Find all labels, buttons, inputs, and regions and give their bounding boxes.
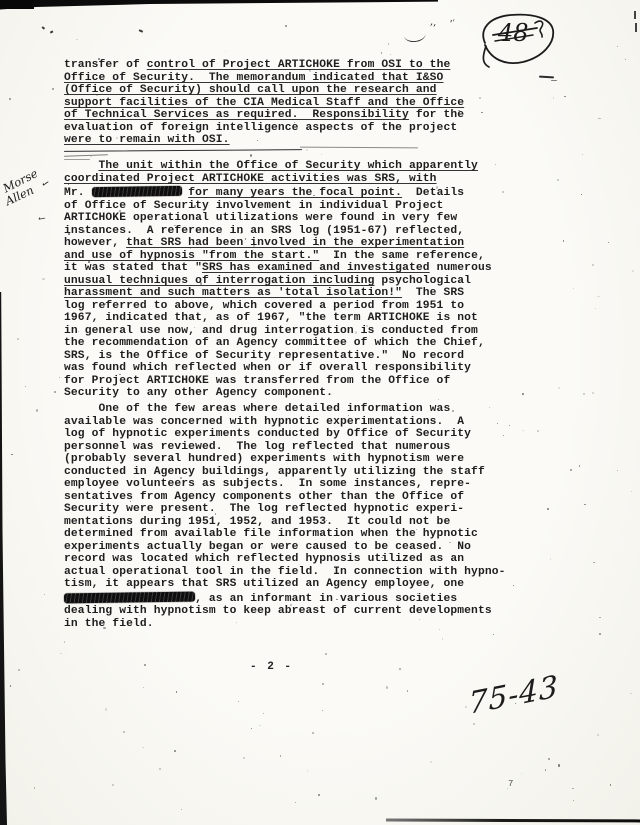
pen-speck	[139, 29, 143, 32]
scan-speck	[90, 156, 91, 158]
scan-speck	[285, 25, 287, 27]
typed-text: log referred to above, which covered a p…	[64, 300, 464, 312]
scan-speck	[502, 191, 504, 193]
scan-speck	[599, 617, 601, 619]
underlined-text: for many years the focal point.	[188, 187, 402, 199]
scan-speck	[322, 683, 324, 685]
scan-speck	[598, 118, 600, 120]
scan-speck	[548, 758, 550, 760]
scan-speck	[259, 725, 260, 726]
scan-speck	[632, 270, 634, 272]
paragraph-srs-unit: The unit within the Office of Security w…	[64, 160, 492, 400]
scan-speck	[407, 690, 408, 692]
pen-underline-stroke	[300, 147, 418, 149]
scan-speck	[295, 802, 296, 803]
document-line: tism, it appears that SRS utilized an Ag…	[64, 578, 506, 591]
typed-text: transfer of	[64, 59, 147, 71]
scan-speck	[495, 164, 496, 165]
typed-text: it was stated that "	[64, 262, 202, 274]
document-line: Security were present. The log reflected…	[64, 503, 506, 516]
pen-dash-mark	[551, 80, 557, 81]
scan-speck	[631, 491, 632, 492]
scan-speck	[579, 465, 580, 466]
circled-handwritten-annotation: 48	[471, 5, 561, 73]
document-line: employee volunteers as subjects. In some…	[64, 478, 506, 491]
scan-speck	[572, 788, 574, 789]
scan-speck	[280, 755, 282, 756]
scan-speck	[592, 392, 594, 394]
typed-text: Mr.	[64, 187, 92, 199]
scan-speck	[430, 761, 432, 763]
document-line: Security to any other Agency component.	[64, 387, 492, 400]
document-line: conducted in Agency buildings, apparentl…	[64, 466, 506, 479]
scan-speck	[159, 768, 161, 770]
scan-speck	[473, 723, 475, 725]
typed-text: of Office of Security involvement in ind…	[64, 200, 443, 212]
typed-text: instances. A reference in an SRS log (19…	[64, 225, 464, 237]
scan-artifact-top-band	[0, 0, 438, 10]
scan-artifact-tick	[634, 11, 636, 19]
document-line: record was located which reflected hypno…	[64, 553, 506, 566]
document-line: available was concerned with hypnotic ex…	[64, 416, 506, 429]
scan-speck	[593, 562, 594, 563]
scan-speck	[59, 377, 60, 378]
scan-speck	[250, 154, 252, 157]
pen-swoosh-mark	[404, 32, 427, 43]
scan-speck	[322, 710, 323, 711]
scan-speck	[522, 393, 524, 395]
scanned-document-page: transfer of control of Project ARTICHOKE…	[0, 0, 640, 825]
scan-speck	[595, 308, 597, 310]
typed-text: for Project ARTICHOKE was transferred fr…	[64, 375, 450, 387]
document-line: personnel was reviewed. The log reflecte…	[64, 441, 506, 454]
scan-speck	[388, 43, 389, 45]
scan-speck	[9, 98, 11, 100]
document-line: in the field.	[64, 618, 506, 631]
underlined-text: support facilities of the CIA Medical St…	[64, 97, 464, 109]
scan-speck	[537, 430, 539, 432]
scan-speck	[545, 769, 546, 771]
pen-speck	[42, 26, 45, 29]
handwritten-page-ref: 75-43	[469, 669, 559, 722]
document-line: for Project ARTICHOKE was transferred fr…	[64, 375, 492, 388]
document-line: support facilities of the CIA Medical St…	[64, 97, 464, 110]
document-line: dealing with hypnotism to keep abreast o…	[64, 605, 506, 618]
document-line: SRS, is the Office of Security represent…	[64, 350, 492, 363]
pen-tick-marks: ’’	[428, 22, 437, 34]
underlined-text: harassment and such matters as 'total is…	[64, 287, 402, 299]
document-line: and use of hypnosis "from the start." In…	[64, 250, 492, 263]
scan-speck	[42, 278, 44, 280]
scan-speck	[522, 430, 524, 431]
scan-speck	[386, 686, 388, 688]
scan-speck	[225, 51, 226, 52]
scan-speck	[509, 425, 510, 426]
checkmark-annotation: ✓	[40, 176, 51, 191]
document-line: Office of Security. The memorandum indic…	[64, 72, 464, 85]
typed-text: Security to any other Agency component.	[64, 387, 333, 399]
typed-text: psychological	[374, 275, 471, 287]
scan-speck	[325, 653, 327, 655]
scan-speck	[584, 504, 586, 505]
scan-speck	[11, 454, 13, 455]
typed-text: available was concerned with hypnotic ex…	[64, 416, 464, 428]
scan-speck	[307, 770, 309, 772]
scan-speck	[312, 732, 314, 734]
document-line: transfer of control of Project ARTICHOKE…	[64, 59, 464, 72]
document-line: of Technical Services as required. Respo…	[64, 109, 464, 122]
scan-speck	[36, 409, 38, 411]
typed-text: evaluation of foreign intelligence aspec…	[64, 122, 457, 134]
scan-speck	[617, 46, 618, 47]
scan-speck	[597, 734, 599, 737]
typed-text: however,	[64, 237, 126, 249]
scan-speck	[375, 797, 377, 799]
scan-speck	[581, 194, 582, 195]
typed-text: record was located which reflected hypno…	[64, 553, 464, 565]
typed-text: , as an informant in various societies	[195, 593, 457, 605]
scan-speck	[573, 288, 574, 289]
typed-text: 1967, indicated that, as of 1967, "the t…	[64, 312, 478, 324]
typed-text: for the	[409, 109, 464, 121]
document-line: of Office of Security involvement in ind…	[64, 200, 492, 213]
scan-speck	[599, 633, 601, 635]
page-number: - 2 -	[250, 661, 293, 673]
document-line: were to remain with OSI.	[64, 134, 464, 147]
scan-speck	[582, 154, 583, 155]
scan-speck	[570, 469, 572, 471]
scan-speck	[597, 296, 599, 298]
document-line: , as an informant in various societies	[64, 591, 506, 606]
document-line: actual operational tool in the field. In…	[64, 566, 506, 579]
document-line: the recommendation of an Agency committe…	[64, 337, 492, 350]
scan-speck	[547, 508, 549, 510]
scan-speck	[34, 787, 36, 789]
typed-text: log of hypnotic experiments conducted by…	[64, 428, 471, 440]
pen-underline-stroke	[64, 149, 302, 152]
redaction-mark	[64, 591, 195, 603]
scan-speck	[564, 96, 566, 98]
document-line: Mr. for many years the focal point. Deta…	[64, 185, 492, 200]
scan-speck	[143, 687, 144, 688]
pen-underline-stroke	[64, 154, 108, 157]
scan-speck	[493, 634, 494, 635]
scan-speck	[263, 713, 264, 714]
scan-speck	[608, 242, 609, 243]
typed-text: sentatives from Agency components other …	[64, 491, 464, 503]
underlined-text: that SRS had been involved in the experi…	[126, 237, 464, 249]
typed-text: determined from available file informati…	[64, 528, 478, 540]
scan-speck	[553, 97, 555, 99]
document-line: unusual techniques of interrogation incl…	[64, 275, 492, 288]
scan-speck	[176, 691, 178, 692]
document-line: (Office of Security) should call upon th…	[64, 84, 464, 97]
typed-text	[64, 160, 99, 172]
pen-tick-marks: ’′	[449, 19, 456, 31]
typed-text: In the same reference,	[319, 250, 485, 262]
document-line: however, that SRS had been involved in t…	[64, 237, 492, 250]
typed-text: conducted in Agency buildings, apparentl…	[64, 466, 485, 478]
typed-text: mentations during 1951, 1952, and 1953. …	[64, 516, 450, 528]
scan-speck	[44, 594, 45, 595]
redaction-mark	[92, 186, 182, 197]
pen-speck	[50, 30, 53, 33]
scan-speck	[112, 784, 114, 786]
underlined-text: control of Project ARTICHOKE from OSI to…	[147, 59, 451, 71]
scan-speck	[10, 685, 11, 687]
document-line: was found which reflected when or if ove…	[64, 362, 492, 375]
scan-speck	[481, 112, 482, 113]
scan-speck	[76, 39, 78, 41]
scan-speck	[318, 794, 319, 796]
scan-speck	[52, 88, 53, 89]
typed-text: experiments actually began or were cause…	[64, 541, 471, 553]
scan-speck	[592, 264, 594, 266]
typed-text: the recommendation of an Agency committe…	[64, 337, 485, 349]
document-line: (probably several hundred) experiments w…	[64, 453, 506, 466]
margin-note-morse-allen: Morse Allen	[1, 167, 46, 207]
document-line: One of the few areas where detailed info…	[64, 403, 506, 416]
typed-text: in the field.	[64, 618, 154, 630]
scan-speck	[583, 393, 585, 395]
scan-speck	[181, 809, 182, 810]
scan-speck	[54, 391, 56, 393]
scan-speck	[399, 668, 401, 670]
scan-speck	[610, 784, 611, 785]
typed-text: actual operational tool in the field. In…	[64, 566, 506, 578]
scan-speck	[521, 773, 522, 774]
document-line: evaluation of foreign intelligence aspec…	[64, 122, 464, 135]
scan-speck	[321, 154, 322, 156]
document-line: experiments actually began or were cause…	[64, 541, 506, 554]
document-line: determined from available file informati…	[64, 528, 506, 541]
scan-speck	[558, 764, 560, 766]
document-line: harassment and such matters as 'total is…	[64, 287, 492, 300]
scan-speck	[465, 706, 467, 707]
scan-speck	[563, 240, 565, 242]
scan-speck	[60, 653, 61, 655]
scan-artifact-top-corner	[0, 0, 34, 9]
typed-text: ARTICHOKE operational utilizations were …	[64, 212, 457, 224]
underlined-text: Office of Security. The memorandum indic…	[64, 72, 443, 84]
scan-speck	[64, 641, 66, 642]
typed-text: The SRS	[402, 287, 464, 299]
scan-speck	[123, 731, 125, 733]
typed-text: tism, it appears that SRS utilized an Ag…	[64, 578, 464, 590]
scan-speck	[105, 708, 107, 710]
document-line: 1967, indicated that, as of 1967, "the t…	[64, 312, 492, 325]
typed-text: in general use now, and drug interrogati…	[64, 325, 478, 337]
scan-speck	[550, 558, 552, 560]
scan-speck	[243, 757, 245, 759]
document-line: log of hypnotic experiments conducted by…	[64, 428, 506, 441]
underlined-text: and use of hypnosis "from the start."	[64, 250, 319, 262]
scan-speck	[144, 664, 146, 666]
underlined-text: of Technical Services as required. Respo…	[64, 109, 409, 121]
paragraph-hypnotic-experiments: One of the few areas where detailed info…	[64, 403, 506, 630]
document-line: mentations during 1951, 1952, and 1953. …	[64, 516, 506, 529]
stray-mark: 7	[508, 779, 515, 789]
scan-speck	[479, 97, 481, 99]
document-line: in general use now, and drug interrogati…	[64, 325, 492, 338]
underlined-text: (Office of Security) should call upon th…	[64, 84, 437, 96]
scan-speck	[390, 54, 391, 55]
scan-speck	[442, 638, 443, 639]
scan-artifact-tick	[635, 23, 637, 32]
typed-text: dealing with hypnotism to keep abreast o…	[64, 605, 492, 617]
scan-speck	[18, 669, 20, 671]
scan-speck	[251, 728, 252, 729]
typed-text: was found which reflected when or if ove…	[64, 362, 471, 374]
scan-speck	[513, 585, 514, 586]
paragraph-transfer-of-control: transfer of control of Project ARTICHOKE…	[64, 59, 464, 147]
scan-speck	[238, 701, 239, 702]
document-line: sentatives from Agency components other …	[64, 491, 506, 504]
scan-speck	[25, 386, 27, 388]
document-line: The unit within the Office of Security w…	[64, 160, 492, 173]
scan-speck	[557, 179, 559, 181]
scan-speck	[617, 470, 618, 471]
typed-text: (probably several hundred) experiments w…	[64, 453, 464, 465]
scan-speck	[142, 747, 144, 749]
scan-speck	[17, 338, 19, 340]
typed-text: Security were present. The log reflected…	[64, 503, 464, 515]
underlined-text: coordinated Project ARTICHOKE activities…	[64, 173, 437, 185]
typed-text: Details	[402, 187, 464, 199]
scan-speck	[573, 800, 574, 801]
underlined-text: unusual techniques of interrogation incl…	[64, 275, 374, 287]
document-line: instances. A reference in an SRS log (19…	[64, 225, 492, 238]
underlined-text: SRS has examined and investigated	[202, 262, 430, 274]
document-line: it was stated that "SRS has examined and…	[64, 262, 492, 275]
scan-speck	[174, 750, 176, 752]
document-line: log referred to above, which covered a p…	[64, 300, 492, 313]
pen-dash-mark	[539, 76, 554, 79]
document-line: coordinated Project ARTICHOKE activities…	[64, 173, 492, 186]
scan-speck	[630, 693, 632, 694]
document-line: ARTICHOKE operational utilizations were …	[64, 212, 492, 225]
typed-text: SRS, is the Office of Security represent…	[64, 350, 464, 362]
underlined-text: The unit within the Office of Security w…	[99, 160, 478, 172]
scan-speck	[558, 387, 559, 388]
scan-speck	[625, 59, 626, 60]
underlined-text: were to remain with OSI.	[64, 134, 230, 146]
scan-artifact-bottom-line	[386, 819, 640, 823]
typed-text: One of the few areas where detailed info…	[64, 403, 450, 415]
typed-text: personnel was reviewed. The log reflecte…	[64, 441, 450, 453]
scan-speck	[306, 149, 308, 151]
typed-text: numerous	[430, 262, 492, 274]
checkmark-annotation: ✓	[34, 212, 48, 227]
typed-text: employee volunteers as subjects. In some…	[64, 478, 471, 490]
scan-speck	[381, 52, 382, 54]
scan-artifact-left-edge	[0, 292, 7, 825]
